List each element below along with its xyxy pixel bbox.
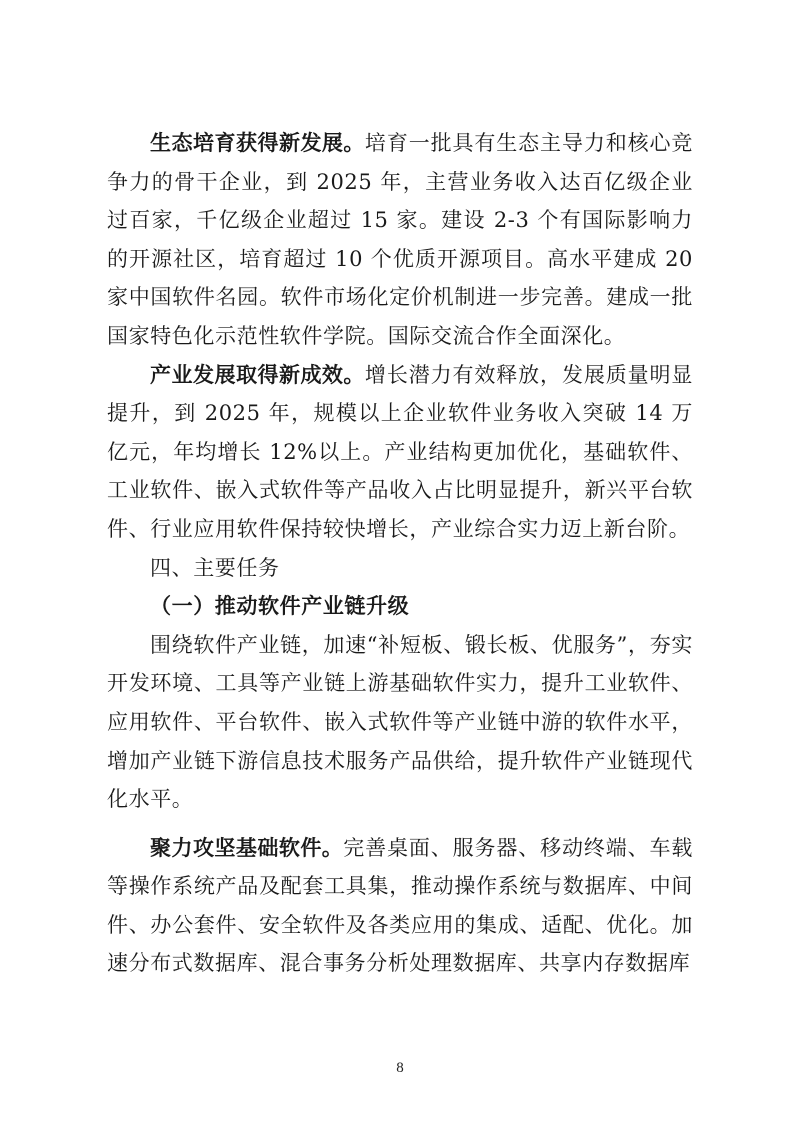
paragraph-lead: 生态培育获得新发展。 [150, 131, 365, 155]
paragraph-industry: 产业发展取得新成效。增长潜力有效释放，发展质量明显提升，到 2025 年，规模以… [107, 356, 693, 549]
document-page: 生态培育获得新发展。培育一批具有生态主导力和核心竞争力的骨干企业，到 2025 … [107, 124, 693, 983]
paragraph-body: 培育一批具有生态主导力和核心竞争力的骨干企业，到 2025 年，主营业务收入达百… [107, 131, 693, 348]
paragraph-basic-software: 聚力攻坚基础软件。完善桌面、服务器、移动终端、车载等操作系统产品及配套工具集，推… [107, 829, 693, 983]
paragraph-ecosystem: 生态培育获得新发展。培育一批具有生态主导力和核心竞争力的骨干企业，到 2025 … [107, 124, 693, 356]
paragraph-intro: 围绕软件产业链，加速“补短板、锻长板、优服务”，夯实开发环境、工具等产业链上游基… [107, 626, 693, 819]
page-number: 8 [0, 1060, 800, 1077]
subsection-heading: （一）推动软件产业链升级 [107, 587, 693, 626]
paragraph-body: 增长潜力有效释放，发展质量明显提升，到 2025 年，规模以上企业软件业务收入突… [107, 363, 693, 541]
paragraph-lead: 聚力攻坚基础软件。 [150, 836, 343, 860]
section-heading: 四、主要任务 [107, 549, 693, 588]
paragraph-lead: 产业发展取得新成效。 [150, 363, 365, 387]
